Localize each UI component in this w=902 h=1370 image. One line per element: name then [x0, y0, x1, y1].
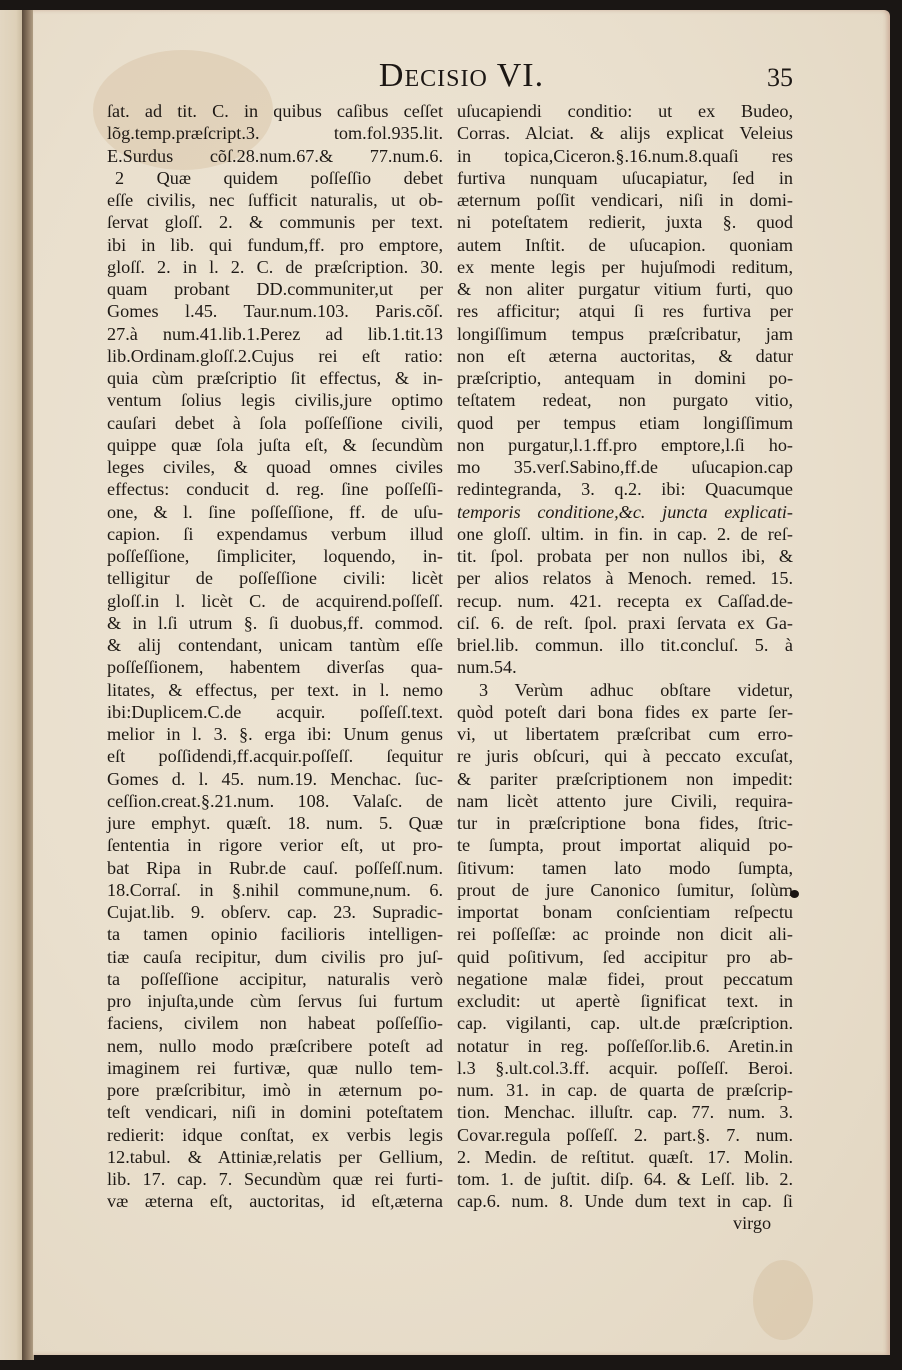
- text-line: num. 31. in cap. de quarta de præſcrip-: [457, 1079, 793, 1101]
- text-line: 12.tabul. & Attiniæ,relatis per Gellium,: [107, 1146, 443, 1168]
- text-line: briel.lib. commun. illo tit.concluſ. 5. …: [457, 634, 793, 656]
- text-line: ta poſſeſſione accipitur, naturalis verò: [107, 968, 443, 990]
- text-line: ventum ſolius legis civilis,jure optimo: [107, 389, 443, 411]
- text-line: non purgatur,l.1.ff.pro emptore,l.ſi ho-: [457, 434, 793, 456]
- text-line: æternum poſſit vendicari, niſi in domi-: [457, 189, 793, 211]
- text-line: gloſſ. 2. in l. 2. C. de præſcription. 3…: [107, 256, 443, 278]
- running-head-title: Decisio VI.: [33, 57, 890, 95]
- text-line: teſtatem redeat, non purgato vitio,: [457, 389, 793, 411]
- running-head: Decisio VI. 35: [33, 57, 890, 97]
- text-line: furtiva nunquam uſucapiatur, ſed in: [457, 167, 793, 189]
- ink-speck: [790, 890, 799, 898]
- text-line: Gomes l.45. Taur.num.103. Paris.cõſ.: [107, 300, 443, 322]
- text-line: ibi in lib. qui fundum,ff. pro emptore,: [107, 234, 443, 256]
- text-line: lõg.temp.præſcript.3. tom.fol.935.lit.: [107, 122, 443, 144]
- text-line: gloſſ.in l. licèt C. de acquirend.poſſeſ…: [107, 590, 443, 612]
- text-line: recup. num. 421. recepta ex Caſſad.de-: [457, 590, 793, 612]
- left-text-column: ſat. ad tit. C. in quibus caſibus ceſſet…: [107, 100, 443, 1213]
- text-line: 2 Quæ quidem poſſeſſio debet: [107, 167, 443, 189]
- text-line: ſat. ad tit. C. in quibus caſibus ceſſet: [107, 100, 443, 122]
- text-line: Cujat.lib. 9. obſerv. cap. 23. Supradic-: [107, 901, 443, 923]
- text-line: cap.6. num. 8. Unde dum text in cap. ſi: [457, 1190, 793, 1212]
- text-line: prout de jure Canonico ſumitur, ſolùm: [457, 879, 793, 901]
- text-line: quam probant DD.communiter,ut per: [107, 278, 443, 300]
- text-line: melior in l. 3. §. erga ibi: Unum genus: [107, 723, 443, 745]
- text-line: & pariter præſcriptionem non impedit:: [457, 768, 793, 790]
- text-line: ibi:Duplicem.C.de acquir. poſſeſſ.text.: [107, 701, 443, 723]
- text-line: ciſ. 6. de reſt. ſpol. praxi ſervata ex …: [457, 612, 793, 634]
- text-line: Corras. Alciat. & alijs explicat Veleius: [457, 122, 793, 144]
- text-line: quòd poteſt dari bona fides ex parte ſer…: [457, 701, 793, 723]
- text-line: vi, ut libertatem præſcribat cum erro-: [457, 723, 793, 745]
- text-line: quippe quæ ſola juſta eſt, & ſecundùm: [107, 434, 443, 456]
- text-line: capion. ſi expendamus verbum illud: [107, 523, 443, 545]
- text-line: poſſeſſionem, habentem diverſas qua-: [107, 656, 443, 678]
- text-line: l.3 §.ult.col.3.ff. acquir. poſſeſſ. Ber…: [457, 1057, 793, 1079]
- text-line: ceſſion.creat.§.21.num. 108. Valaſc. de: [107, 790, 443, 812]
- previous-page-edge: [0, 10, 23, 1360]
- text-line: poſſeſſione, ſimpliciter, loquendo, in-: [107, 545, 443, 567]
- text-line: per alios relatos à Menoch. remed. 15.: [457, 567, 793, 589]
- text-line: num.54.: [457, 656, 793, 678]
- text-line: bat Ripa in Rubr.de cauſ. poſſeſſ.num.: [107, 857, 443, 879]
- text-line: E.Surdus cõſ.28.num.67.& 77.num.6.: [107, 145, 443, 167]
- text-line: longiſſimum tempus præſcribatur, jam: [457, 323, 793, 345]
- text-line: pro injuſta,unde cùm ſervus ſui furtum: [107, 990, 443, 1012]
- book-page: Decisio VI. 35 ſat. ad tit. C. in quibus…: [33, 10, 890, 1355]
- text-line: te ſumpta, prout importat aliquid po-: [457, 834, 793, 856]
- text-line: redierit: idque conſtat, ex verbis legis: [107, 1124, 443, 1146]
- text-line: væ æterna eſt, auctoritas, id eſt,æterna: [107, 1190, 443, 1212]
- text-line: 27.à num.41.lib.1.Perez ad lib.1.tit.13: [107, 323, 443, 345]
- text-line: lib. 17. cap. 7. Secundùm quæ rei furti-: [107, 1168, 443, 1190]
- text-line: uſucapiendi conditio: ut ex Budeo,: [457, 100, 793, 122]
- text-line: ſervat gloſſ. 2. & communis per text.: [107, 211, 443, 233]
- text-line: ni poteſtatem redierit, juxta §. quod: [457, 211, 793, 233]
- text-line: non eſt æterna auctoritas, & datur: [457, 345, 793, 367]
- text-line: nam licèt attento jure Civili, requira-: [457, 790, 793, 812]
- text-line: litates, & effectus, per text. in l. nem…: [107, 679, 443, 701]
- text-line: & in l.ſi utrum §. ſi duobus,ff. commod.: [107, 612, 443, 634]
- text-line: tion. Menchac. illuſtr. cap. 77. num. 3.: [457, 1101, 793, 1123]
- text-line: ta tamen opinio facilioris intelligen-: [107, 923, 443, 945]
- text-line: res afficitur; atqui ſi res furtiva per: [457, 300, 793, 322]
- text-line: one gloſſ. ultim. in fin. in cap. 2. de …: [457, 523, 793, 545]
- text-line: rei poſſeſſæ: ac proinde non dicit ali-: [457, 923, 793, 945]
- text-line: effectus: conducit d. reg. ſine poſſeſſi…: [107, 478, 443, 500]
- text-line: in topica,Ciceron.§.16.num.8.quaſi res: [457, 145, 793, 167]
- text-line: eſſe civilis, nec ſufficit naturalis, ut…: [107, 189, 443, 211]
- text-line: jure emphyt. quæſt. 18. num. 5. Quæ: [107, 812, 443, 834]
- text-line: temporis conditione,&c. juncta explicati…: [457, 501, 793, 523]
- page-number: 35: [767, 63, 793, 93]
- text-line: lib.Ordinam.gloſſ.2.Cujus rei eſt ratio:: [107, 345, 443, 367]
- text-line: negatione malæ fidei, prout peccatum: [457, 968, 793, 990]
- text-line: eſt poſſidendi,ff.acquir.poſſeſſ. ſequit…: [107, 745, 443, 767]
- text-line: tiæ cauſa recipitur, dum civilis pro juſ…: [107, 946, 443, 968]
- text-line: faciens, civilem non habeat poſſeſſio-: [107, 1012, 443, 1034]
- text-line: Covar.regula poſſeſſ. 2. part.§. 7. num.: [457, 1124, 793, 1146]
- text-line: teſt vendicari, niſi in domini poteſtate…: [107, 1101, 443, 1123]
- text-line: importat bonam conſcientiam reſpectu: [457, 901, 793, 923]
- text-line: tit. ſpol. probata per non nullos ibi, &: [457, 545, 793, 567]
- text-line: quod per tempus etiam longiſſimum: [457, 412, 793, 434]
- text-line: imaginem rei furtivæ, quæ nullo tem-: [107, 1057, 443, 1079]
- text-line: 18.Corraſ. in §.nihil commune,num. 6.: [107, 879, 443, 901]
- text-line: notatur in reg. poſſeſſor.lib.6. Aretin.…: [457, 1035, 793, 1057]
- text-line: tom. 1. de juſtit. diſp. 64. & Leſſ. lib…: [457, 1168, 793, 1190]
- text-line: one, & l. ſine poſſeſſione, ff. de uſu-: [107, 501, 443, 523]
- text-line: redintegranda, 3. q.2. ibi: Quacumque: [457, 478, 793, 500]
- text-line: telligitur de poſſeſſione civili: licèt: [107, 567, 443, 589]
- text-line: 2. Medin. de reſtitut. quæſt. 17. Molin.: [457, 1146, 793, 1168]
- text-line: ex mente legis per hujuſmodi reditum,: [457, 256, 793, 278]
- text-line: excludit: ut apertè ſignificat text. in: [457, 990, 793, 1012]
- text-line: mo 35.verſ.Sabino,ff.de uſucapion.cap: [457, 456, 793, 478]
- text-line: & alij contendant, unicam tantùm eſſe: [107, 634, 443, 656]
- text-line: cap. vigilanti, cap. ult.de præſcription…: [457, 1012, 793, 1034]
- text-line: cauſari debet à ſola poſſeſſione civili,: [107, 412, 443, 434]
- text-line: ſententia in rigore verior eſt, ut pro-: [107, 834, 443, 856]
- text-line: quia cùm præſcriptio ſit effectus, & in-: [107, 367, 443, 389]
- right-text-column: uſucapiendi conditio: ut ex Budeo,Corras…: [457, 100, 793, 1213]
- text-line: præſcriptio, antequam in domini po-: [457, 367, 793, 389]
- text-line: pore præſcribitur, imò in æternum po-: [107, 1079, 443, 1101]
- text-line: autem Inſtit. de uſucapion. quoniam: [457, 234, 793, 256]
- text-line: 3 Verùm adhuc obſtare videtur,: [457, 679, 793, 701]
- text-line: re juris obſcuri, qui à peccato excuſat,: [457, 745, 793, 767]
- catchword: virgo: [733, 1213, 771, 1234]
- paper-stain: [753, 1260, 813, 1340]
- text-line: leges civiles, & quoad omnes civiles: [107, 456, 443, 478]
- text-line: nem, nullo modo præſcribere poteſt ad: [107, 1035, 443, 1057]
- text-line: tur in præſcriptione bona fides, ſtric-: [457, 812, 793, 834]
- text-line: ſitivum: tamen lato modo ſumpta,: [457, 857, 793, 879]
- text-line: Gomes d. l. 45. num.19. Menchac. ſuc-: [107, 768, 443, 790]
- text-line: quid poſitivum, ſed accipitur pro ab-: [457, 946, 793, 968]
- text-line: & non aliter purgatur vitium furti, quo: [457, 278, 793, 300]
